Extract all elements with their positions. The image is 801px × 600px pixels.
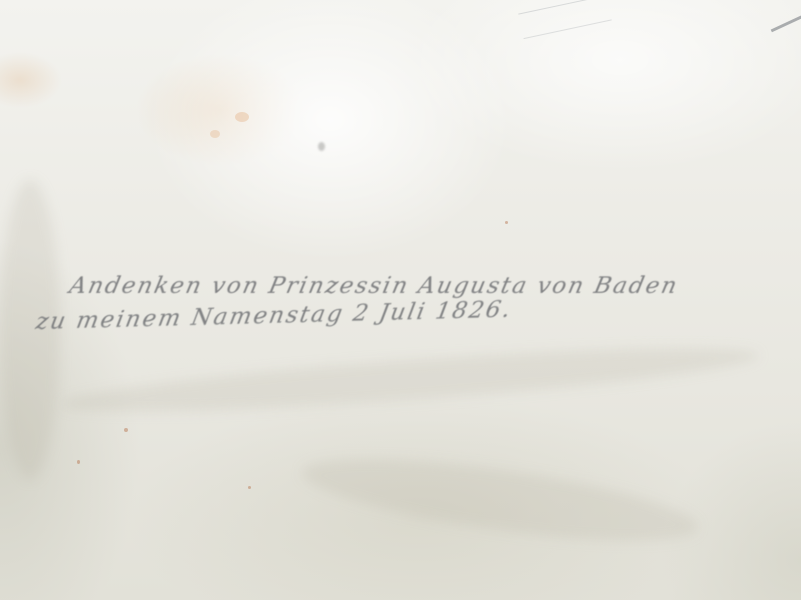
handwritten-inscription: Andenken von Prinzessin Augusta von Bade… (32, 268, 787, 340)
foxing-stain (505, 221, 508, 224)
foxing-stain (210, 130, 220, 138)
paper-blemish (318, 142, 325, 151)
foxing-stain (235, 112, 249, 122)
foxing-stain (124, 428, 128, 432)
foxing-stain (77, 460, 80, 464)
foxing-stain (248, 486, 251, 489)
